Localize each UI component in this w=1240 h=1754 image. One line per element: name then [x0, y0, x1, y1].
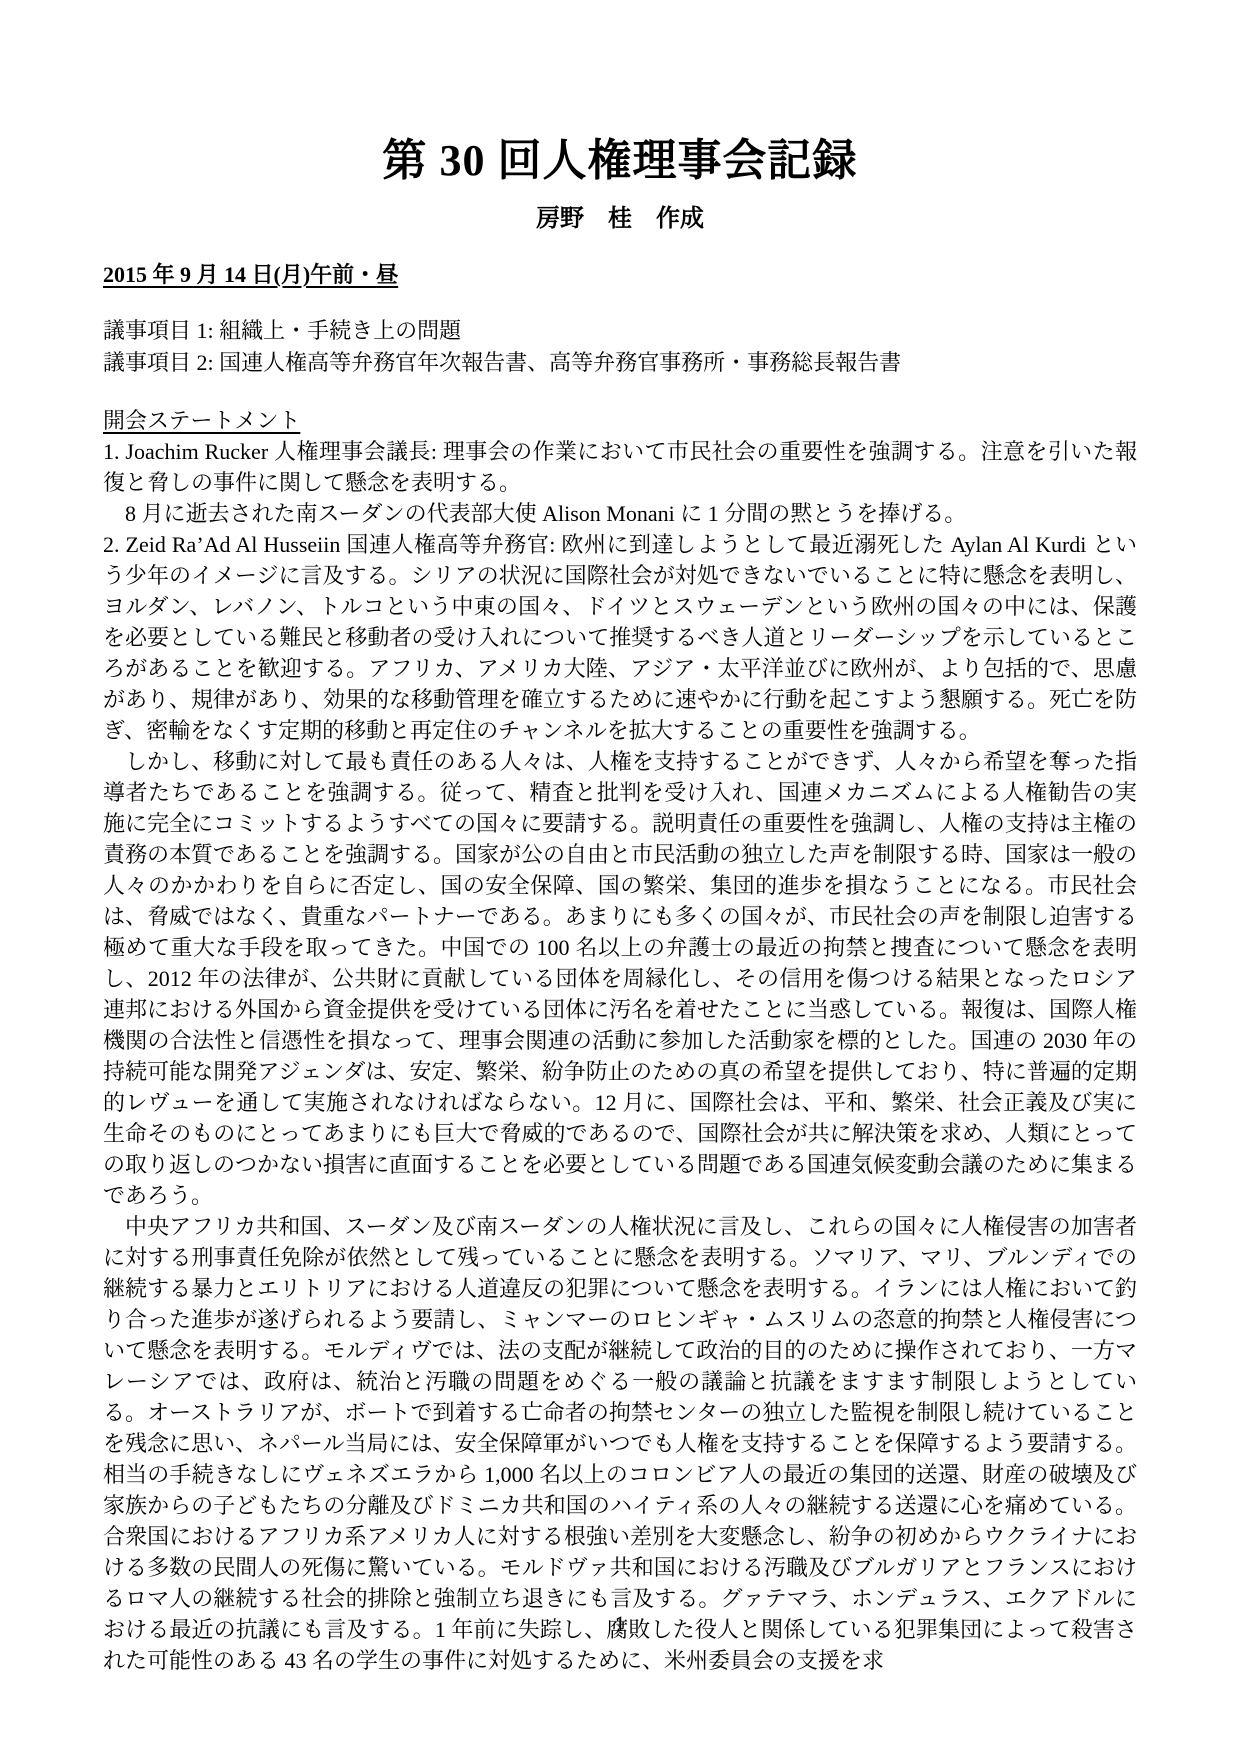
paragraph-zeid-statement: 2. Zeid Ra’Ad Al Husseiin 国連人権高等弁務官: 欧州に…: [103, 529, 1137, 746]
paragraph-accountability: しかし、移動に対して最も責任のある人々は、人権を支持することができず、人々から希…: [103, 746, 1137, 1211]
opening-statements-heading: 開会ステートメント: [103, 405, 1137, 436]
paragraph-moment-of-silence: 8 月に逝去された南スーダンの代表部大使 Alison Monani に 1 分…: [103, 498, 1137, 529]
session-date-heading: 2015 年 9 月 14 日(月)午前・昼: [103, 260, 1137, 289]
agenda-item-1: 議事項目 1: 組織上・手続き上の問題: [103, 315, 1137, 347]
statement-body: 1. Joachim Rucker 人権理事会議長: 理事会の作業において市民社…: [103, 436, 1137, 1676]
paragraph-rucker-statement: 1. Joachim Rucker 人権理事会議長: 理事会の作業において市民社…: [103, 436, 1137, 498]
document-author: 房野 桂 作成: [103, 204, 1137, 234]
page-number: 1: [0, 1612, 1240, 1636]
paragraph-country-situations: 中央アフリカ共和国、スーダン及び南スーダンの人権状況に言及し、これらの国々に人権…: [103, 1211, 1137, 1676]
document-page: 第 30 回人権理事会記録 房野 桂 作成 2015 年 9 月 14 日(月)…: [0, 0, 1240, 1754]
agenda-list: 議事項目 1: 組織上・手続き上の問題 議事項目 2: 国連人権高等弁務官年次報…: [103, 315, 1137, 379]
agenda-item-2: 議事項目 2: 国連人権高等弁務官年次報告書、高等弁務官事務所・事務総長報告書: [103, 347, 1137, 379]
document-title: 第 30 回人権理事会記録: [103, 133, 1137, 188]
